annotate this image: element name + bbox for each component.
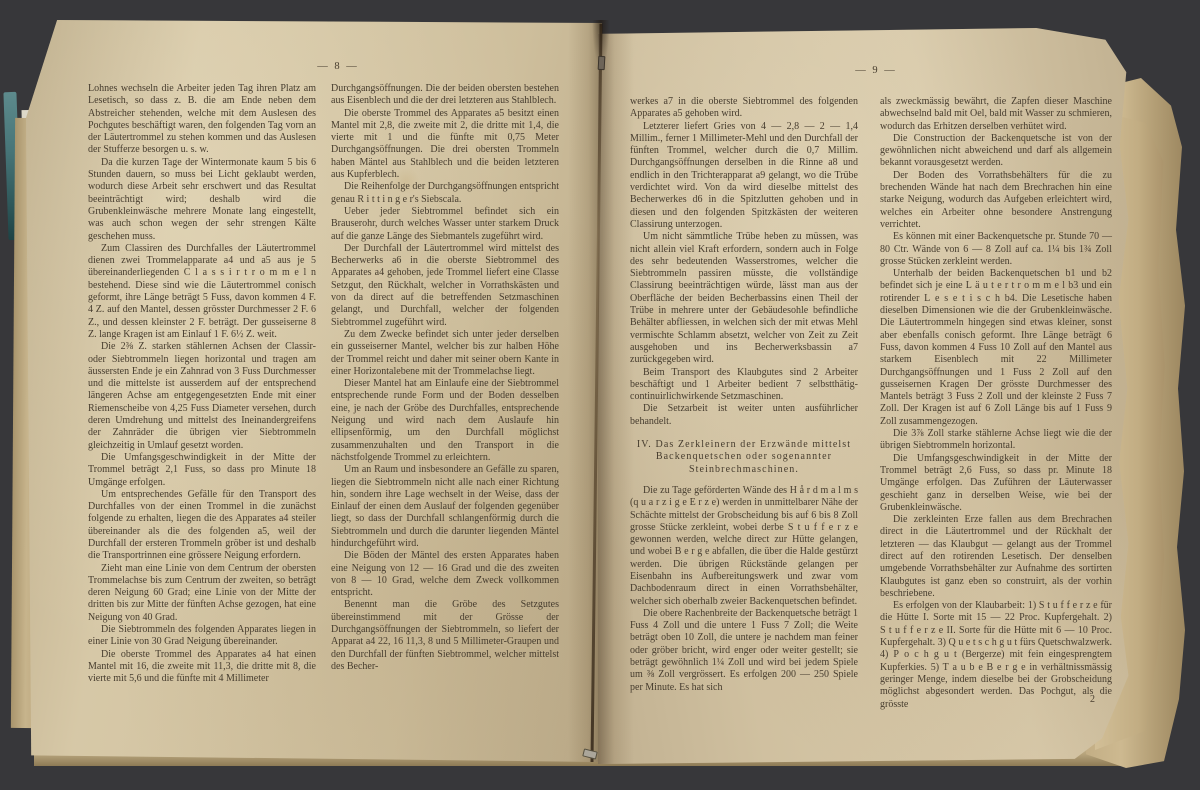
paragraph: Der Durchfall der Läutertrommel wird mit… (331, 243, 559, 329)
paragraph: Die 2⅜ Z. starken stählernen Achsen der … (88, 341, 316, 452)
paragraph: Ueber jeder Siebtrommel befindet sich ei… (331, 206, 559, 243)
paragraph: Es erfolgen von der Klaubarbeit: 1) S t … (880, 600, 1112, 711)
paragraph: werkes a7 in die oberste Siebtrommel des… (630, 96, 858, 121)
paragraph: Zu dem Zwecke befindet sich unter jeder … (331, 329, 559, 378)
paragraph: Die oberste Trommel des Apparates a5 bes… (331, 108, 559, 182)
paragraph: Die Umfangsgeschwindigkeit in der Mitte … (880, 453, 1112, 514)
page-number-left: — 8 — (298, 61, 378, 72)
paragraph: Die zu Tage geförderten Wände des H å r … (630, 485, 858, 608)
paragraph: Die Setzarbeit ist weiter unten ausführl… (630, 403, 858, 428)
paragraph: Zum Classiren des Durchfalles der Läuter… (88, 243, 316, 341)
page9-column-right: als zweckmässig bewährt, die Zapfen dies… (880, 96, 1112, 711)
paragraph: Die obere Rachenbreite der Backenquetsch… (630, 608, 858, 694)
paragraph: Die Umfangsgeschwindigkeit in der Mitte … (88, 452, 316, 489)
paragraph: Die zerkleinten Erze fallen aus dem Brec… (880, 514, 1112, 600)
paragraph: Um nicht sämmtliche Trübe heben zu müsse… (630, 231, 858, 366)
paragraph: Die oberste Trommel des Apparates a4 hat… (88, 649, 316, 686)
paragraph: Beim Transport des Klaubgutes sind 2 Arb… (630, 367, 858, 404)
scan-background: — 8 — — 9 — Lohnes wechseln die Arbeiter… (0, 0, 1200, 790)
paragraph: als zweckmässig bewährt, die Zapfen dies… (880, 96, 1112, 133)
paragraph: Die Siebtrommeln des folgenden Apparates… (88, 624, 316, 649)
paragraph: Lohnes wechseln die Arbeiter jeden Tag i… (88, 83, 316, 157)
paragraph: Die Böden der Mäntel des ersten Apparate… (331, 550, 559, 599)
paragraph: Um entsprechendes Gefälle für den Transp… (88, 489, 316, 563)
page9-column-left: werkes a7 in die oberste Siebtrommel des… (630, 96, 858, 694)
paragraph: Um an Raum und insbesondere an Gefälle z… (331, 464, 559, 550)
paragraph: Es können mit einer Backenquetsche pr. S… (880, 231, 1112, 268)
paragraph: Die Construction der Backenquetsche ist … (880, 133, 1112, 170)
signature-mark: 2 (1090, 694, 1095, 705)
paragraph: Unterhalb der beiden Backenquetschen b1 … (880, 268, 1112, 428)
paragraph: Da die kurzen Tage der Wintermonate kaum… (88, 157, 316, 243)
paragraph: Letzterer liefert Gries von 4 — 2,8 — 2 … (630, 121, 858, 232)
section-heading: IV. Das Zerkleinern der Erzwände mittels… (632, 439, 856, 476)
paragraph: Zieht man eine Linie von dem Centrum der… (88, 563, 316, 624)
page-number-right: — 9 — (836, 65, 916, 76)
staple-top (598, 56, 606, 70)
page8-column-right: Durchgangsöffnungen. Die der beiden ober… (331, 83, 559, 673)
paragraph: Durchgangsöffnungen. Die der beiden ober… (331, 83, 559, 108)
paragraph: Der Boden des Vorrathsbehälters für die … (880, 170, 1112, 231)
paragraph: Die 3⅞ Zoll starke stählerne Achse liegt… (880, 428, 1112, 453)
paragraph: Die Reihenfolge der Durchgangsöffnungen … (331, 181, 559, 206)
page8-column-left: Lohnes wechseln die Arbeiter jeden Tag i… (88, 83, 316, 686)
paragraph: Benennt man die Gröbe des Setzgutes über… (331, 599, 559, 673)
paragraph: Dieser Mantel hat am Einlaufe eine der S… (331, 378, 559, 464)
